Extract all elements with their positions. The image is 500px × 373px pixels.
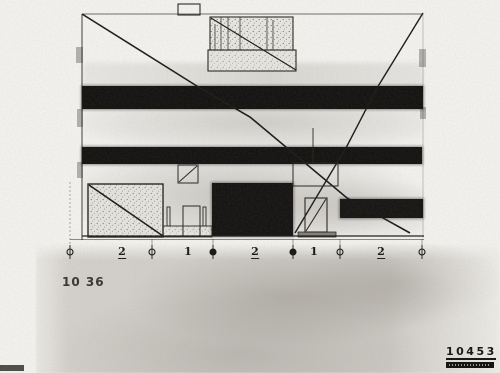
roof-pavilion — [208, 17, 296, 71]
dark-right-block — [340, 199, 423, 218]
stamp-underline — [446, 358, 496, 360]
roof-chimney — [178, 4, 200, 15]
scanned-drawing-page: 2 1 2 1 2 10 36 10453 — [0, 0, 500, 373]
dimension-label: 1 — [310, 246, 318, 258]
stair-bay — [293, 128, 338, 237]
archive-stamp: 10453 — [446, 345, 500, 368]
elevation-drawing — [0, 0, 500, 373]
stamp-bar — [446, 362, 494, 368]
stamp-bar-text-illegible — [449, 364, 491, 366]
small-panel-with-diagonal — [178, 165, 198, 183]
dimension-label: 2 — [251, 246, 259, 259]
ground-floor-left-panel — [88, 184, 163, 237]
dimension-label: 2 — [118, 246, 126, 259]
stamp-number: 10453 — [446, 345, 500, 358]
dimension-label: 1 — [184, 246, 192, 258]
low-wall-and-columns — [163, 206, 212, 237]
window-band-middle — [82, 147, 422, 164]
pencil-inventory-number: 10 36 — [62, 275, 105, 290]
dimension-label: 2 — [377, 246, 385, 259]
dark-entrance-block — [212, 183, 293, 236]
